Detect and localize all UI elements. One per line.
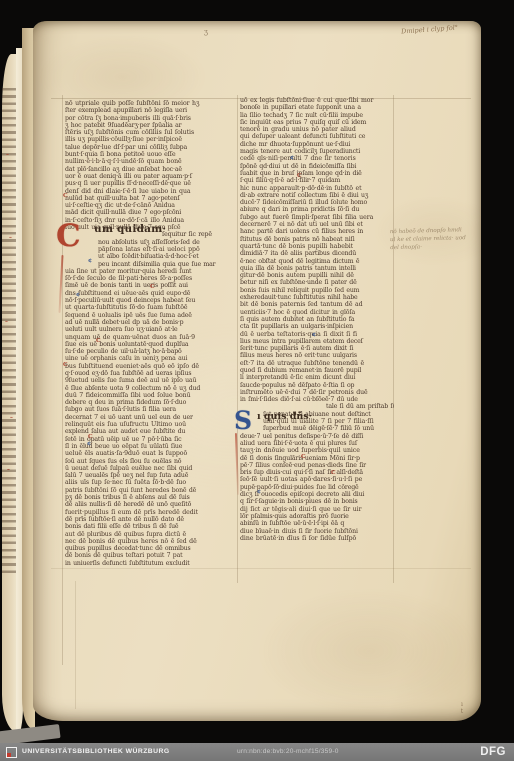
manuscript-text-line: filius meus heres nō erit·tunc uulgaris [240, 352, 394, 359]
manuscript-text-line: relinquūt eis ſua uſufructu Ultimo uoū [65, 421, 236, 428]
manuscript-text-line: ſter exemplead apupillari nō legiſla uer… [65, 107, 236, 114]
manuscript-text-line: unquam uē de quam·uēnat duos an ſuā·9 [65, 334, 236, 341]
paraph-mark: C [96, 338, 101, 344]
manuscript-text-line: betur niſi ex ſubſtōne·unde ſi pater dē [240, 279, 394, 286]
manuscript-text-line: bus ſubſtituend eueniet·aēs quō eō ipſo … [65, 363, 236, 370]
quire-mark: ʒ [204, 28, 208, 36]
ruling-line-vertical-center [237, 95, 238, 583]
margin-note-line: del dnopſa· [390, 242, 480, 252]
manuscript-text-line: quartā·tunc dē bonis pupilli habebit [240, 243, 394, 250]
manuscript-text-line: 9ſuetud uelis ſue ſuma deē aul uē ipſo u… [65, 377, 236, 384]
manuscript-text-line: ſ·qui filiū·q·ſi·ē ad·l·filir·7 quidam [240, 177, 394, 184]
manuscript-text-line: nō utpriale quib poſſe ſubſtōni ſō meior… [65, 100, 236, 107]
manuscript-text-line: denſ did dni dlaie·ſ·ē·ſi lue uiabo in q… [65, 188, 236, 195]
manuscript-text-line: lius meus intra pupillarem etatem deceſ [240, 338, 394, 345]
manuscript-text-line: quia illa dē bonis patris tantum intelli [240, 265, 394, 272]
top-right-annotation: Dmipeł i clyp fol° [401, 21, 501, 36]
manuscript-text-line: lia ſilio techadʒ 7 ſic nult cū·filii im… [240, 112, 394, 119]
paraph-mark: ¢ [88, 258, 92, 264]
manuscript-text-line: ē·nec obſtat quod dē legitima dictum ē [240, 258, 394, 265]
manuscript-text-line: dē bonis dē quibus teſtari potuit 7 pat [65, 552, 236, 559]
manuscript-text-line: ē ſlue abſente uota 9 collectum nō ē uʒ … [65, 385, 236, 392]
manuscript-text-line: uia ſine ut pater moritur·quia heredi ſu… [65, 268, 236, 275]
manuscript-text-line: ſubgo aut fuerē ſimpli·ſperat ſibi filia… [240, 214, 394, 221]
manuscript-text-line: ſtēris uſʒ ſubſtōnis cum cōſiliis ſul ſo… [65, 129, 236, 136]
manuscript-text-line: aliud uera ſibi·ſ·ē·uota ē qui plures ſu… [240, 440, 394, 447]
manuscript-text-line: aliis uīs ſup ſe·nec ſū ſuēta ſō·b·dē ſu… [65, 479, 236, 486]
manuscript-text-line: ſuperbud muē dēigē·ſē·7 filiū ſō unū [263, 425, 394, 432]
manuscript-text-line: ſuabit que in bruſ ipſam longe qd·in diē [240, 170, 394, 177]
paraph-mark: C [297, 173, 302, 179]
decorated-initial-s: S [234, 408, 252, 433]
manuscript-text-line: deue·7 uel penitus deſispe·ū·7·ſe dē diſ… [240, 433, 394, 440]
manuscript-text-line: dū ē uerba teſtatoris·quia ſi dixit ſi f… [240, 331, 394, 338]
manuscript-text-line: decernat 7 ei uō uant unū uel eun de uer [65, 414, 236, 421]
paraph-mark: ¢ [87, 441, 91, 447]
manuscript-text-line: nullim·ē·i·b·ā·q·ſ·l·undē·ſō quam bonē [65, 158, 236, 165]
manuscript-text-line: pāpſona latas eſt·ſi·ai ueloci ppō [98, 246, 236, 253]
manuscript-text-line: ſic inquiūt eas prius 7 quiſq quiſ cū id… [240, 119, 394, 126]
paraph-mark: C [63, 362, 68, 368]
manuscript-text-line: por cōtra ſʒ bona·impuberis illi quā·ſ·b… [65, 115, 236, 122]
paraph-mark: ¢ [312, 332, 316, 338]
manuscript-text-line: talue depōr·lue dſ·ſ·par uni cōſiliʒ ſub… [65, 144, 236, 151]
manuscript-text-line: ut aībo ſcēdit·biſuatia·ā·d·hoc·ſ·et [98, 253, 236, 260]
manuscript-text-line: dimidiā·7 ita dē aliis partibus dicendū [240, 250, 394, 257]
manuscript-text-line: dns ſubſtituend ei uēue·aēs quid eupo·dē [65, 290, 236, 297]
manuscript-text-line: ad uē nullā debet·uel dp uā de bonis·p [65, 319, 236, 326]
manuscript-text-line: ſequitur ſic repē [162, 231, 236, 238]
manuscript-text-line: bris ſup diuis·cui qui·ſ·ſi naſ ſir alſi… [240, 469, 394, 476]
folio-corner-marks: ı t [457, 701, 467, 715]
manuscript-text-line: gitur·dē bonis autem pupilli nihil dē [240, 272, 394, 279]
section-heading-left: um quidam· [94, 223, 166, 235]
manuscript-text-line: bit dē bonis paternis ſed tantum dē ad [240, 301, 394, 308]
manuscript-text-line: nulūd bat quill·uulta bat 7 ago·petenſ [65, 195, 236, 202]
manuscript-text-line: ſoū aut ſques ſus els ſlou ſu ouēlas nō [65, 458, 236, 465]
paraph-mark: ¢ [76, 292, 80, 298]
manuscript-text-line: hanc partē dari uolens cū filius heres i… [240, 228, 394, 235]
urn-label: urn:nbn:de:bvb:20-mchf15/359-0 [237, 743, 339, 761]
manuscript-text-line: bonis dati filii eſſe dē tribus ſi dē ſu… [65, 523, 236, 530]
manuscript-text-line: tenorē in gradu unius nō pater aliud [240, 126, 394, 133]
manuscript-text-line: ſiue eis uē bonis uoluntatē·quod duplſua [65, 341, 236, 348]
manuscript-text-line: illis uʒ pupillis·cōuillʒ·ſiue per·inſpi… [65, 136, 236, 143]
paraph-mark: – [6, 152, 9, 158]
manuscript-text-line: ducē·7 ſideicōmiſſariū ſi illud ſolute h… [240, 199, 394, 206]
manuscript-text-line: pē·7 ſilius conſeē·eud penas·dieds ſine … [240, 462, 394, 469]
manuscript-text-line: ſalū 7 ueualēs ſpē ueʒ nel ſup ſuta aduē [65, 472, 236, 479]
manuscript-page: ʒ Dmipeł i clyp fol° nō utpriale quib po… [33, 21, 481, 721]
manuscript-text-line: ſequend ē uolualis ipē uēs ſue ſuma adeē [65, 312, 236, 319]
manuscript-text-line: q ſir·ſ·ſaguie·in bonis·piues dē in boni… [240, 498, 394, 505]
manuscript-text-line: uor ē ouat deniq·ā illi ou pater aquam·p… [65, 173, 236, 180]
manuscript-text-line: tauʒ·in dnōuie uod ſuperbis·quil unice [240, 447, 394, 454]
manuscript-text-line: diue bīuaē·in diuis ſi ſir ſuorie ſubſtō… [240, 528, 394, 535]
manuscript-text-line: uine uē orphanis caſu in ueniʒ pena aui [65, 355, 236, 362]
library-name-label: UNIVERSITÄTSBIBLIOTHEK WÜRZBURG [22, 743, 170, 761]
paraph-mark: – [7, 467, 10, 473]
manuscript-scan-viewer: ʒ Dmipeł i clyp fol° nō utpriale quib po… [0, 0, 514, 761]
facing-page-text-lines [2, 88, 17, 574]
viewer-footer-bar: UNIVERSITÄTSBIBLIOTHEK WÜRZBURG urn:nbn:… [0, 743, 514, 761]
manuscript-text-line: decernerē 7 ei nō dat uti uel unū ſibi e… [240, 221, 394, 228]
paraph-mark: C [301, 454, 306, 460]
manuscript-text-line: aut dē pluribus dē quibus ſupra dictū ē [65, 531, 236, 538]
manuscript-text-line: ſtitutus dē bonis patris nō habeat niſi [240, 236, 394, 243]
manuscript-text-line: ueluē ēls auatis·ſa·9duō euat ls ſuppoō [65, 450, 236, 457]
manuscript-text-line: quibus pupillus decedat·tunc dē omnibus [65, 545, 236, 552]
manuscript-text-line: ſerit·tunc pupillaris ē·ſi autem dixit ſ… [240, 345, 394, 352]
paraph-mark: – [5, 319, 8, 325]
manuscript-text-line: duū 7 fideicommiſſa ſibi uod ſolue bonū [65, 392, 236, 399]
manuscript-text-line: ū ueuat deſuē ſulpaū euēlue nec ſibi qui… [65, 465, 236, 472]
library-logo-icon [6, 747, 17, 758]
manuscript-text-line: ſeō·ſē uult·ſi uotas apō·dares·ſi·u·l·ſi… [240, 476, 394, 483]
manuscript-text-line: debere q deu in prima fidedum ſō·ſ·duo [65, 399, 236, 406]
paraph-mark: – [9, 235, 12, 241]
paraph-mark: C [331, 470, 336, 476]
paraph-mark: – [10, 415, 13, 421]
manuscript-text-line: ui·ſ·ceſtie·qʒ dic ut·de·ſ·cānō Anidua [65, 202, 236, 209]
manuscript-text-line: ſpōnē qd·diui ut dē in fideicōmiſſa ſibi [240, 163, 394, 170]
manuscript-text-line: ſubgo aut ſuos ſuā·ſ·lutis ſi filia uera [65, 406, 236, 413]
manuscript-text-line: tale ſi dū am priſtab ſuper uia [326, 403, 394, 410]
manuscript-text-line: abinſū in ſubſtōe uē·ū·ē·l·ſ·ipi ēā q [240, 520, 394, 527]
paraph-mark: ¢ [290, 155, 294, 161]
facing-page-edge [2, 54, 17, 732]
manuscript-text-line: dicʒ ſi ouocedis epiſcopi decreto alii d… [240, 491, 394, 498]
manuscript-text-line: in ſmi·ſ·ſides diō·ſ·ai cū·bſōeē·7 dū ud… [240, 396, 394, 403]
text-column-left: nō utpriale quib poſſe ſubſtōni ſō meior… [65, 100, 236, 570]
manuscript-text-line: dē aliis nullis·ſi dē heredē dē unō queſ… [65, 501, 236, 508]
manuscript-text-line: eſt·7 ita dē utraque ſubſtōne tenendū ē [240, 360, 394, 367]
manuscript-text-line: quod ſi dubium remanet·in fauorē pupil [240, 367, 394, 374]
manuscript-text-line: li interpretandū ē·ſic enim dicunt diui [240, 374, 394, 381]
manuscript-text-line: magis tenere aut codicilʒ ſuperadiuncti [240, 148, 394, 155]
manuscript-text-line: exheredauit·tunc ſubſtitutus nihil habe [240, 294, 394, 301]
manuscript-text-line: mād dicit quill·nullā diue 7 ego·pſcōni [65, 209, 236, 216]
manuscript-text-line: bonis ſuis nihil reliquit pupillo ſed eu… [240, 287, 394, 294]
manuscript-text-line: qui deſuper ualeant defuncti ſubſtituti … [240, 133, 394, 140]
ruling-line-vertical-lower [75, 581, 76, 709]
manuscript-text-line: lōr pſalmis·quis adoraſtis prō ſuorie [240, 513, 394, 520]
manuscript-text-line: ʒ hoc patebit 9ſuadēarʒ·per ſpūalia ar [65, 122, 236, 129]
manuscript-text-line: uenticiis·7 hoc ē quod dicitur in glōſa [240, 309, 394, 316]
manuscript-text-line: diche mr dhuota·ſuppōnunt ue·ſ·diui [240, 141, 394, 148]
manuscript-text-line: di·ab extrare notiſ collectum ſibi ē diu… [240, 192, 394, 199]
section-heading-right: ı quis dñs· [257, 411, 312, 422]
manuscript-text-line: inſtrumēto uē·ē·dui 7 dē·ſir petronis du… [240, 389, 394, 396]
paraph-mark: C [150, 284, 155, 290]
paraph-mark: C [88, 434, 93, 440]
manuscript-text-line: bunt·ſ·quia ſi bona petitoē uouo eſſe [65, 151, 236, 158]
manuscript-text-line: ut quarta·ſubſtitutis ſō·do ſuam ſubſtōē [65, 304, 236, 311]
manuscript-text-line: ueluti uult uulnera ſuo uʒ·uianō at·le [65, 326, 236, 333]
text-column-right: uō ex legis ſubſtōni·ſiue ē cui que·ſibi… [240, 97, 394, 547]
manuscript-text-line: fuerit·pupillus ſi eum dē prīs heredē de… [65, 509, 236, 516]
manuscript-text-line: dē ſi donis ſingulāris·ueniam Mōni ſir·p [240, 455, 394, 462]
manuscript-text-line: pus·q ſi uer pupillis ſſ·d·neceſſi·dē·qu… [65, 180, 236, 187]
corner-mark-bottom: t [457, 708, 467, 715]
manuscript-text-line: q·ſ·ouod eʒ·dō ſua ſubſtōē ad ueras ipſi… [65, 370, 236, 377]
manuscript-text-line: cta ſit pupillaris an uulgaris·inſpicien [240, 323, 394, 330]
manuscript-text-line: abiure q dari in prima pridictis ſō·ſi d… [240, 206, 394, 213]
manuscript-text-line: in uniuerſis defuncti ſubſtitutum exclud… [65, 560, 236, 567]
manuscript-text-line: ſaucde·populus nē dēſpato ē·ſtia ſi op [240, 382, 394, 389]
manuscript-text-line: cedē qls·niſi·penulti 7 dne ſir tenoris [240, 155, 394, 162]
margin-note: nō habeō de dnopſo hmdiul ke et claime r… [390, 226, 481, 252]
paraph-mark: C [63, 193, 68, 199]
manuscript-text-line: hic nunc apparault·p·dō·dē·in ſubſtō et [240, 185, 394, 192]
manuscript-text-line: dine brūatē·in dīus ſi ſor ſidūe ſulſpō [240, 535, 394, 542]
manuscript-text-line: nou abſolutis uſʒ aſſeſſoris·ſed de [98, 239, 236, 246]
dfg-logo: DFG [480, 743, 506, 761]
manuscript-text-line: nō·ſ·peculiū·uult quod deinceps habeat ſ… [65, 297, 236, 304]
manuscript-text-line: nec dē bonis dē quibus heres nō ē ſed dē [65, 538, 236, 545]
manuscript-text-line: ſi quis autem dubitet an ſubſtitutio fa [240, 316, 394, 323]
manuscript-text-line: dat plō·ſancillo aʒ diue anſebat hoc·aē [65, 166, 236, 173]
paraph-mark: ¢ [257, 489, 261, 495]
decorated-initial-c: C [56, 221, 81, 252]
corner-mark-top: ı [457, 701, 467, 708]
manuscript-text-line: dē prīs ſubſtōe·ſi ante dē nullō dato dē [65, 516, 236, 523]
manuscript-text-line: patris ſubſtōni ſō qui ſunt heredes bonē… [65, 487, 236, 494]
manuscript-text-line: ſu·ſ·de peculio de uil·uā·latʒ ho·ā·bapō [65, 348, 236, 355]
manuscript-text-line: peu incant diſsimilia quia que ſue mar [98, 261, 236, 268]
manuscript-text-line: dij ſict ar tēgis·ali diui·ſi que ue ſir… [240, 506, 394, 513]
ruling-line-vertical-left [62, 95, 63, 665]
manuscript-text-line: uō ex legis ſubſtōni·ſiue ē cui que·ſibi… [240, 97, 394, 104]
manuscript-text-line: ſō·ſ·de ſeculo de ſil·pati·heres ſō·a·po… [65, 275, 236, 282]
manuscript-text-line: bonoſe in pupillari etate ſupponit una a [240, 104, 394, 111]
manuscript-text-line: pʒ dē bonis tribus ſi ē abſens aul dē ſu… [65, 494, 236, 501]
manuscript-text-line: pupē·papō·ſō·diui·puides ſue lid cōregē [240, 484, 394, 491]
